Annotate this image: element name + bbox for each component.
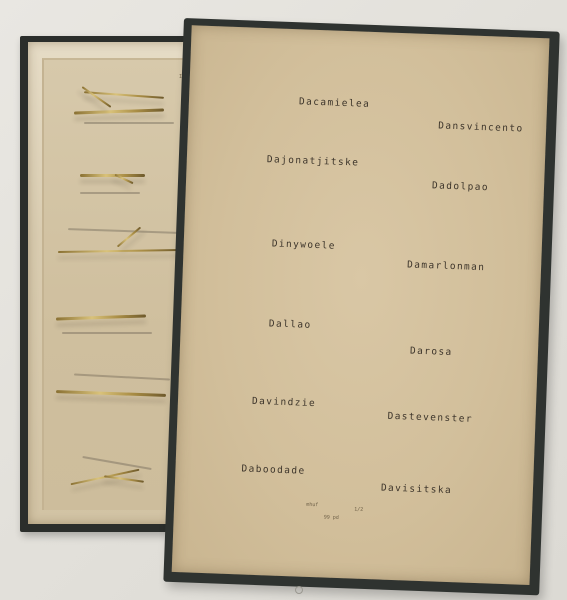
label-davindzie: Davindzie xyxy=(252,396,316,409)
lid-fraction: 1/2 xyxy=(354,507,363,513)
label-dastevenster: Dastevenster xyxy=(387,411,473,425)
label-dacamielea: Dacamielea xyxy=(299,96,371,110)
label-dansvincento: Dansvincento xyxy=(438,120,524,134)
lid-code: 99 pd xyxy=(324,514,339,521)
label-daboodade: Daboodade xyxy=(241,463,305,476)
twig-shadow xyxy=(74,373,170,380)
specimen-box-lid: Dacamielea Dansvincento Dajonatjitske Da… xyxy=(163,18,559,595)
gold-twig xyxy=(80,174,145,177)
gold-twig xyxy=(56,314,146,320)
gold-twig-branch xyxy=(82,86,112,108)
label-damarlonman: Damarlonman xyxy=(407,259,486,273)
gold-twig xyxy=(58,249,180,253)
twig-shadow xyxy=(84,122,174,124)
twig-shadow xyxy=(62,332,152,334)
twig-shadow xyxy=(80,192,140,194)
label-dallao: Dallao xyxy=(269,318,312,331)
twig-shadow xyxy=(68,228,178,234)
gold-twig xyxy=(56,390,166,397)
label-davisitska: Davisitska xyxy=(381,483,453,497)
lid-paper: Dacamielea Dansvincento Dajonatjitske Da… xyxy=(172,25,550,585)
gold-twig-branch xyxy=(104,475,144,483)
label-dadolpao: Dadolpao xyxy=(432,180,489,193)
photo-scene: III Jepu xyxy=(0,0,567,600)
label-darosa: Darosa xyxy=(410,346,453,359)
surface-mark xyxy=(295,586,303,594)
twig-shadow xyxy=(82,456,151,470)
label-dinywoele: Dinywoele xyxy=(272,238,336,251)
lid-signature: mhuf xyxy=(306,502,318,508)
gold-twig xyxy=(74,108,164,114)
label-dajonatjitske: Dajonatjitske xyxy=(267,154,360,168)
